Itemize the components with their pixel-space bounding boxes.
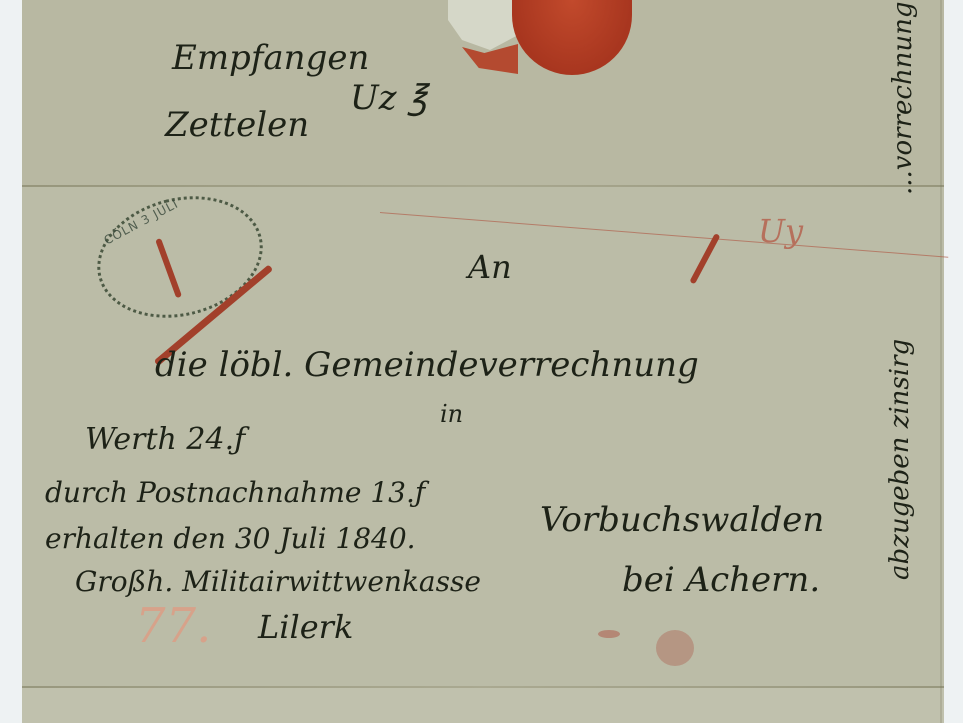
docket-line-2: Zettelen [165,105,309,145]
receipt-line-3: erhalten den 30 Juli 1840. [45,522,416,555]
address-place-line-1: Vorbuchswalden [540,500,824,540]
receipt-line-4: Großh. Militairwittwenkasse [75,565,481,598]
address-place-line-2: bei Achern. [622,560,820,600]
fold-line-upper [22,185,944,187]
scan-background-edge [944,0,963,723]
address-salutation: An [468,248,512,286]
red-stain-large [656,630,694,666]
red-rate-note: Uy [758,212,803,250]
docket-line-1: Empfangen [172,38,369,78]
fold-line-lower [22,686,944,688]
bottom-fold-panel [22,686,944,723]
docket-mark: Uz ℥ [350,78,427,118]
fold-line-right [940,0,942,723]
address-recipient: die löbl. Gemeindeverrechnung [155,345,699,385]
red-stain-small [598,630,620,638]
margin-note-lower: abzugeben zinsirg [885,339,915,580]
address-preposition: in [440,400,463,428]
receipt-line-1: Werth 24.ƒ [85,422,245,457]
receipt-signature: Lilerk [258,608,353,646]
pale-red-numeral: 77. [135,598,211,654]
receipt-line-2: durch Postnachnahme 13.ƒ [45,476,425,509]
margin-note-upper: ...vorrechnung [888,1,918,195]
